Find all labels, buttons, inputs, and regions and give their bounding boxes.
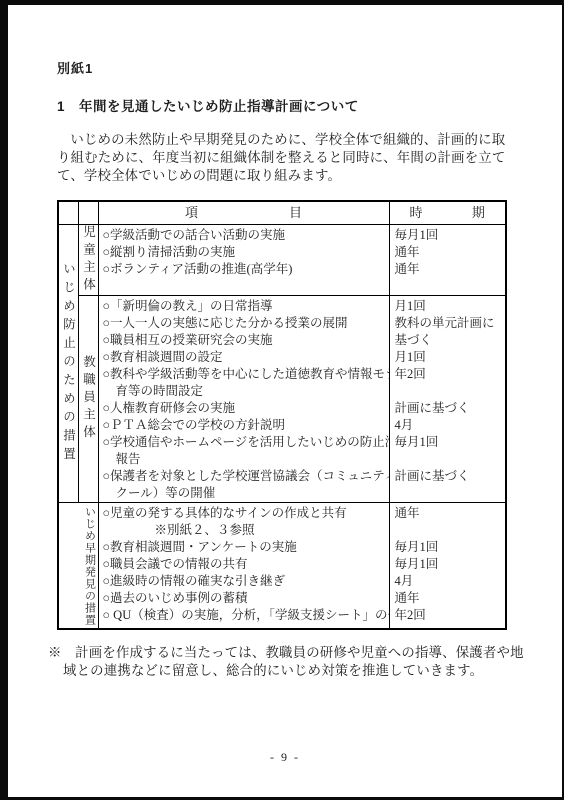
table-item-line: ○教育相談週間・アンケートの実施 [99, 539, 389, 556]
attachment-label: 別紙1 [57, 58, 93, 77]
section-heading: 1 年間を見通したいじめ防止指導計画について [57, 95, 359, 115]
table-period-line: 月1回 [390, 349, 506, 366]
intro-paragraph: いじめの未然防止や早期発見のために、学校全体で組織的、計画的に取り組むために、年… [57, 131, 511, 185]
table-period-line [390, 522, 506, 539]
table-item-line: ※別紙２、３参照 [99, 522, 389, 539]
table-period-line [390, 485, 506, 502]
table-period-line: 通年 [390, 244, 506, 261]
table-period-line: 通年 [390, 505, 506, 522]
table-period-line: 毎月1回 [390, 539, 506, 556]
table-item-line: 育等の時間設定 [99, 383, 389, 400]
table-period-line: 年2回 [390, 366, 506, 383]
table-item-line: ○「新明倫の教え」の日常指導 [99, 298, 389, 315]
row-sublabel-children: 児童主体 [78, 225, 98, 296]
table-item-line: ○人権教育研修会の実施 [99, 400, 389, 417]
table-period-line [390, 451, 506, 468]
table-row-prevention-staff: 教職員主体 ○「新明倫の教え」の日常指導 ○一人一人の実態に応じた分かる授業の展… [58, 296, 506, 503]
footnote: ※ 計画を作成するに当たっては、教職員の研修や児童への指導、保護者や地域との連携… [48, 644, 535, 680]
table-row-prevention-children: いじめ防止のための措置 児童主体 ○学級活動での話合い活動の実施 ○縦割り清掃活… [58, 225, 506, 296]
table-period-line [390, 383, 506, 400]
header-item: 項 目 [98, 201, 389, 225]
table-item-line: ○ＰＴＡ総会での学校の方針説明 [99, 417, 389, 434]
table-period-line: 年2回 [390, 607, 506, 624]
table-period-line: 4月 [390, 417, 506, 434]
table-item-line: ○職員相互の授業研究会の実施 [99, 332, 389, 349]
header-corner-cell [78, 201, 98, 225]
table-item-line: ○教科や学級活動等を中心にした道徳教育や情報モラル教 [99, 366, 389, 383]
items-cell: ○児童の発する具体的なサインの作成と共有 ※別紙２、３参照 ○教育相談週間・アン… [98, 503, 389, 630]
document-page: { "page": { "doc_label": "別紙1", "heading… [0, 0, 564, 800]
table-item-line: ○縦割り清掃活動の実施 [99, 244, 389, 261]
table-item-line: ○進級時の情報の確実な引き継ぎ [99, 573, 389, 590]
table-period-line: 基づく [390, 332, 506, 349]
table-item-line: ○ QU（検査）の実施，分析，「学級支援シート」の作成 [99, 607, 389, 624]
period-cell: 毎月1回 通年 通年 [389, 225, 506, 296]
period-cell: 通年 毎月1回 毎月1回 4月 通年 年2回 [389, 503, 506, 630]
table-item-line: ○職員会議での情報の共有 [99, 556, 389, 573]
table-header-row: 項 目 時 期 [58, 201, 506, 225]
table-period-line: 計画に基づく [390, 468, 506, 485]
items-cell: ○学級活動での話合い活動の実施 ○縦割り清掃活動の実施 ○ボランティア活動の推進… [98, 225, 389, 296]
table-period-line: 毎月1回 [390, 556, 506, 573]
table-item-line: ○学校通信やホームページを活用したいじめの防止活動の [99, 434, 389, 451]
table-item-line: 報告 [99, 451, 389, 468]
table-item-line: ○過去のいじめ事例の蓄積 [99, 590, 389, 607]
table-period-line: 教科の単元計画に [390, 315, 506, 332]
items-cell: ○「新明倫の教え」の日常指導 ○一人一人の実態に応じた分かる授業の展開 ○職員相… [98, 296, 389, 503]
table-period-line: 計画に基づく [390, 400, 506, 417]
period-cell: 月1回 教科の単元計画に 基づく 月1回 年2回 計画に基づく 4月 毎月1回 … [389, 296, 506, 503]
annual-plan-table: 項 目 時 期 いじめ防止のための措置 児童主体 ○学級活動での話合い活動の実施… [57, 200, 507, 630]
table-period-line: 毎月1回 [390, 434, 506, 451]
row-group-label-prevention: いじめ防止のための措置 [58, 225, 78, 503]
page-number: - 9 - [8, 750, 562, 765]
row-group-label-early-detection: いじめ早期発見の措置 [58, 503, 98, 630]
header-corner-cell [58, 201, 78, 225]
table-item-line: ○児童の発する具体的なサインの作成と共有 [99, 505, 389, 522]
table-row-early-detection: いじめ早期発見の措置 ○児童の発する具体的なサインの作成と共有 ※別紙２、３参照… [58, 503, 506, 630]
header-period: 時 期 [389, 201, 506, 225]
table-period-line: 通年 [390, 590, 506, 607]
table-item-line: ○一人一人の実態に応じた分かる授業の展開 [99, 315, 389, 332]
table-period-line: 通年 [390, 261, 506, 278]
table-item-line: クール）等の開催 [99, 485, 389, 502]
table-item-line: ○保護者を対象とした学校運営協議会（コミュニティ・ス [99, 468, 389, 485]
table-item-line: ○学級活動での話合い活動の実施 [99, 227, 389, 244]
row-sublabel-staff: 教職員主体 [78, 296, 98, 503]
table-period-line: 毎月1回 [390, 227, 506, 244]
table-item-line: ○ボランティア活動の推進(高学年) [99, 261, 389, 278]
table-item-line: ○教育相談週間の設定 [99, 349, 389, 366]
table-period-line: 月1回 [390, 298, 506, 315]
table-period-line: 4月 [390, 573, 506, 590]
